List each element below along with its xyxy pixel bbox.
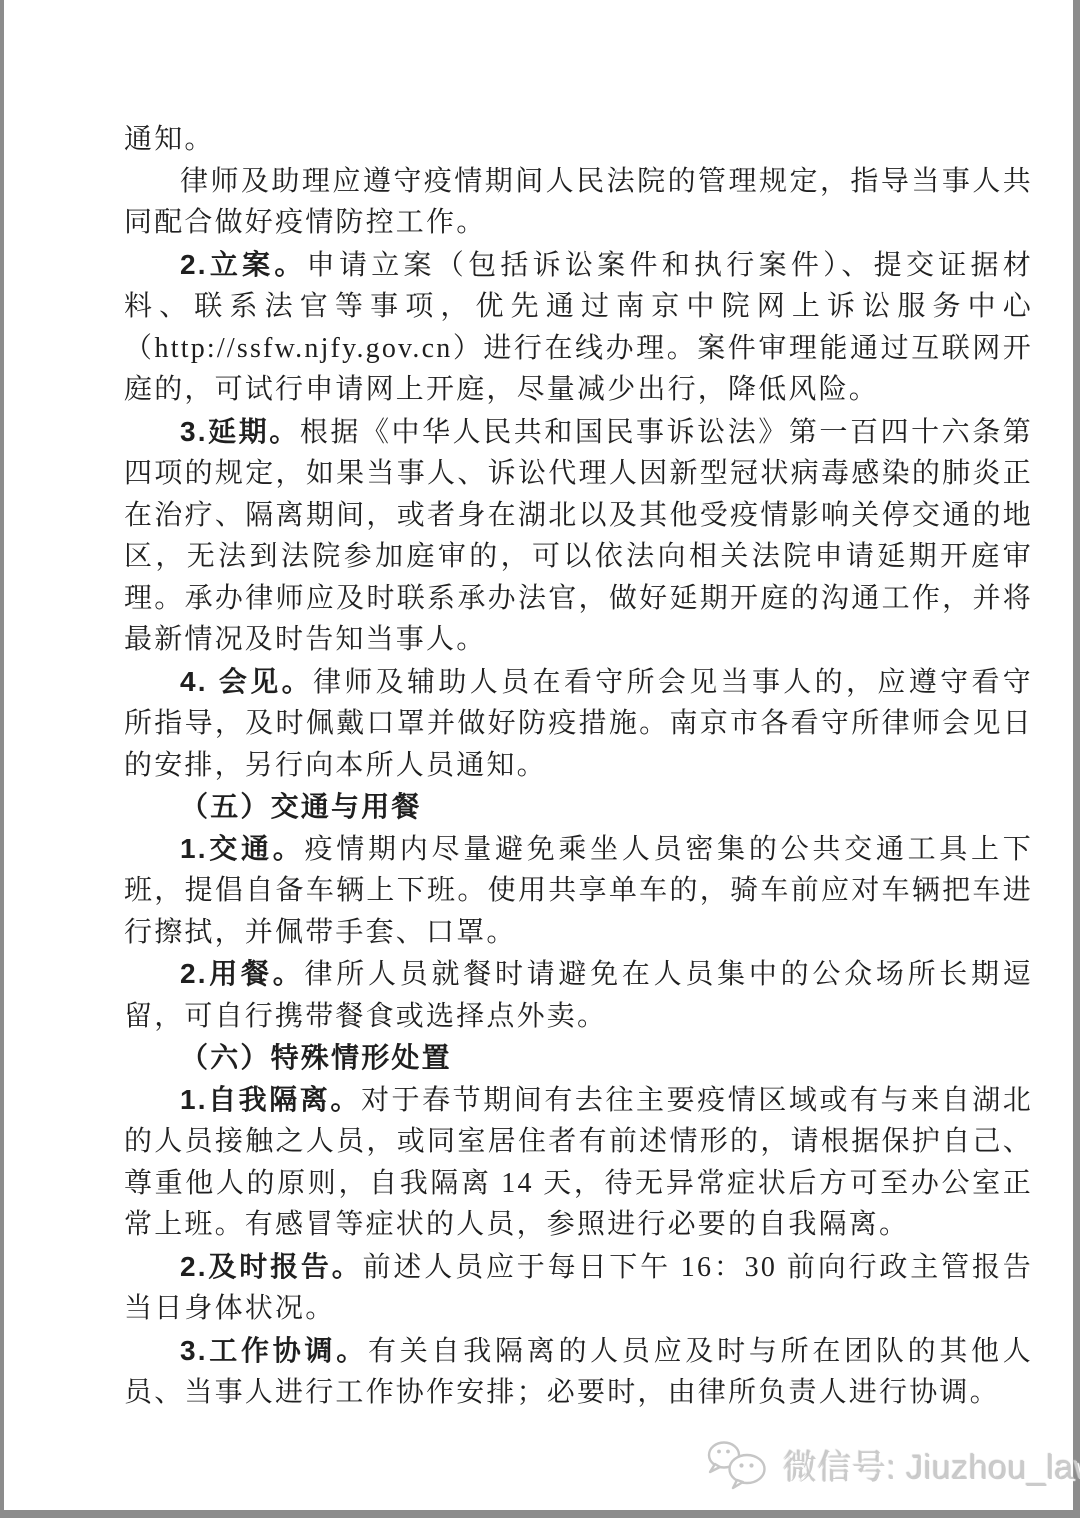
paragraph-lead: 4. 会见。 (180, 666, 313, 697)
paragraph-lead: 3.工作协调。 (180, 1335, 368, 1366)
paragraph: 2.及时报告。前述人员应于每日下午 16：30 前向行政主管报告当日身体状况。 (124, 1246, 1033, 1330)
paragraph-lead: 2.用餐。 (180, 958, 305, 989)
paragraph: 1.自我隔离。对于春节期间有去往主要疫情区域或有与来自湖北的人员接触之人员，或同… (124, 1079, 1033, 1246)
paragraph-lead: 2.及时报告。 (180, 1251, 363, 1282)
paragraph-lead: 2.立案。 (180, 249, 307, 280)
paragraph: 3.工作协调。有关自我隔离的人员应及时与所在团队的其他人员、当事人进行工作协作安… (124, 1330, 1033, 1414)
document-body: 通知。律师及助理应遵守疫情期间人民法院的管理规定，指导当事人共同配合做好疫情防控… (4, 0, 1073, 1414)
paragraph: 通知。 (124, 119, 1033, 161)
paragraph: 律师及助理应遵守疫情期间人民法院的管理规定，指导当事人共同配合做好疫情防控工作。 (124, 161, 1033, 244)
paragraph: 2.用餐。律所人员就餐时请避免在人员集中的公众场所长期逗留，可自行携带餐食或选择… (124, 953, 1033, 1037)
section-heading: （五）交通与用餐 (124, 786, 1033, 828)
paragraph-lead: 1.自我隔离。 (180, 1084, 361, 1115)
paragraph: 3.延期。根据《中华人民共和国民事诉讼法》第一百四十六条第四项的规定，如果当事人… (124, 411, 1033, 661)
paragraph: 2.立案。申请立案（包括诉讼案件和执行案件）、提交证据材料、联系法官等事项，优先… (124, 244, 1033, 411)
screenshot-root: { "page": { "background_color": "#8c8c8c… (0, 0, 1080, 1518)
paragraph: 4. 会见。律师及辅助人员在看守所会见当事人的，应遵守看守所指导，及时佩戴口罩并… (124, 661, 1033, 787)
paragraph-lead: 3.延期。 (180, 416, 300, 447)
paragraph-lead: 1.交通。 (180, 833, 305, 864)
section-heading: （六）特殊情形处置 (124, 1037, 1033, 1079)
watermark: 微信号: Jiuzhou_lawer (703, 1438, 1080, 1490)
document-page: 通知。律师及助理应遵守疫情期间人民法院的管理规定，指导当事人共同配合做好疫情防控… (4, 0, 1073, 1510)
wechat-icon (703, 1438, 771, 1490)
watermark-text: 微信号: Jiuzhou_lawer (783, 1440, 1080, 1489)
paragraph: 1.交通。疫情期内尽量避免乘坐人员密集的公共交通工具上下班，提倡自备车辆上下班。… (124, 828, 1033, 954)
